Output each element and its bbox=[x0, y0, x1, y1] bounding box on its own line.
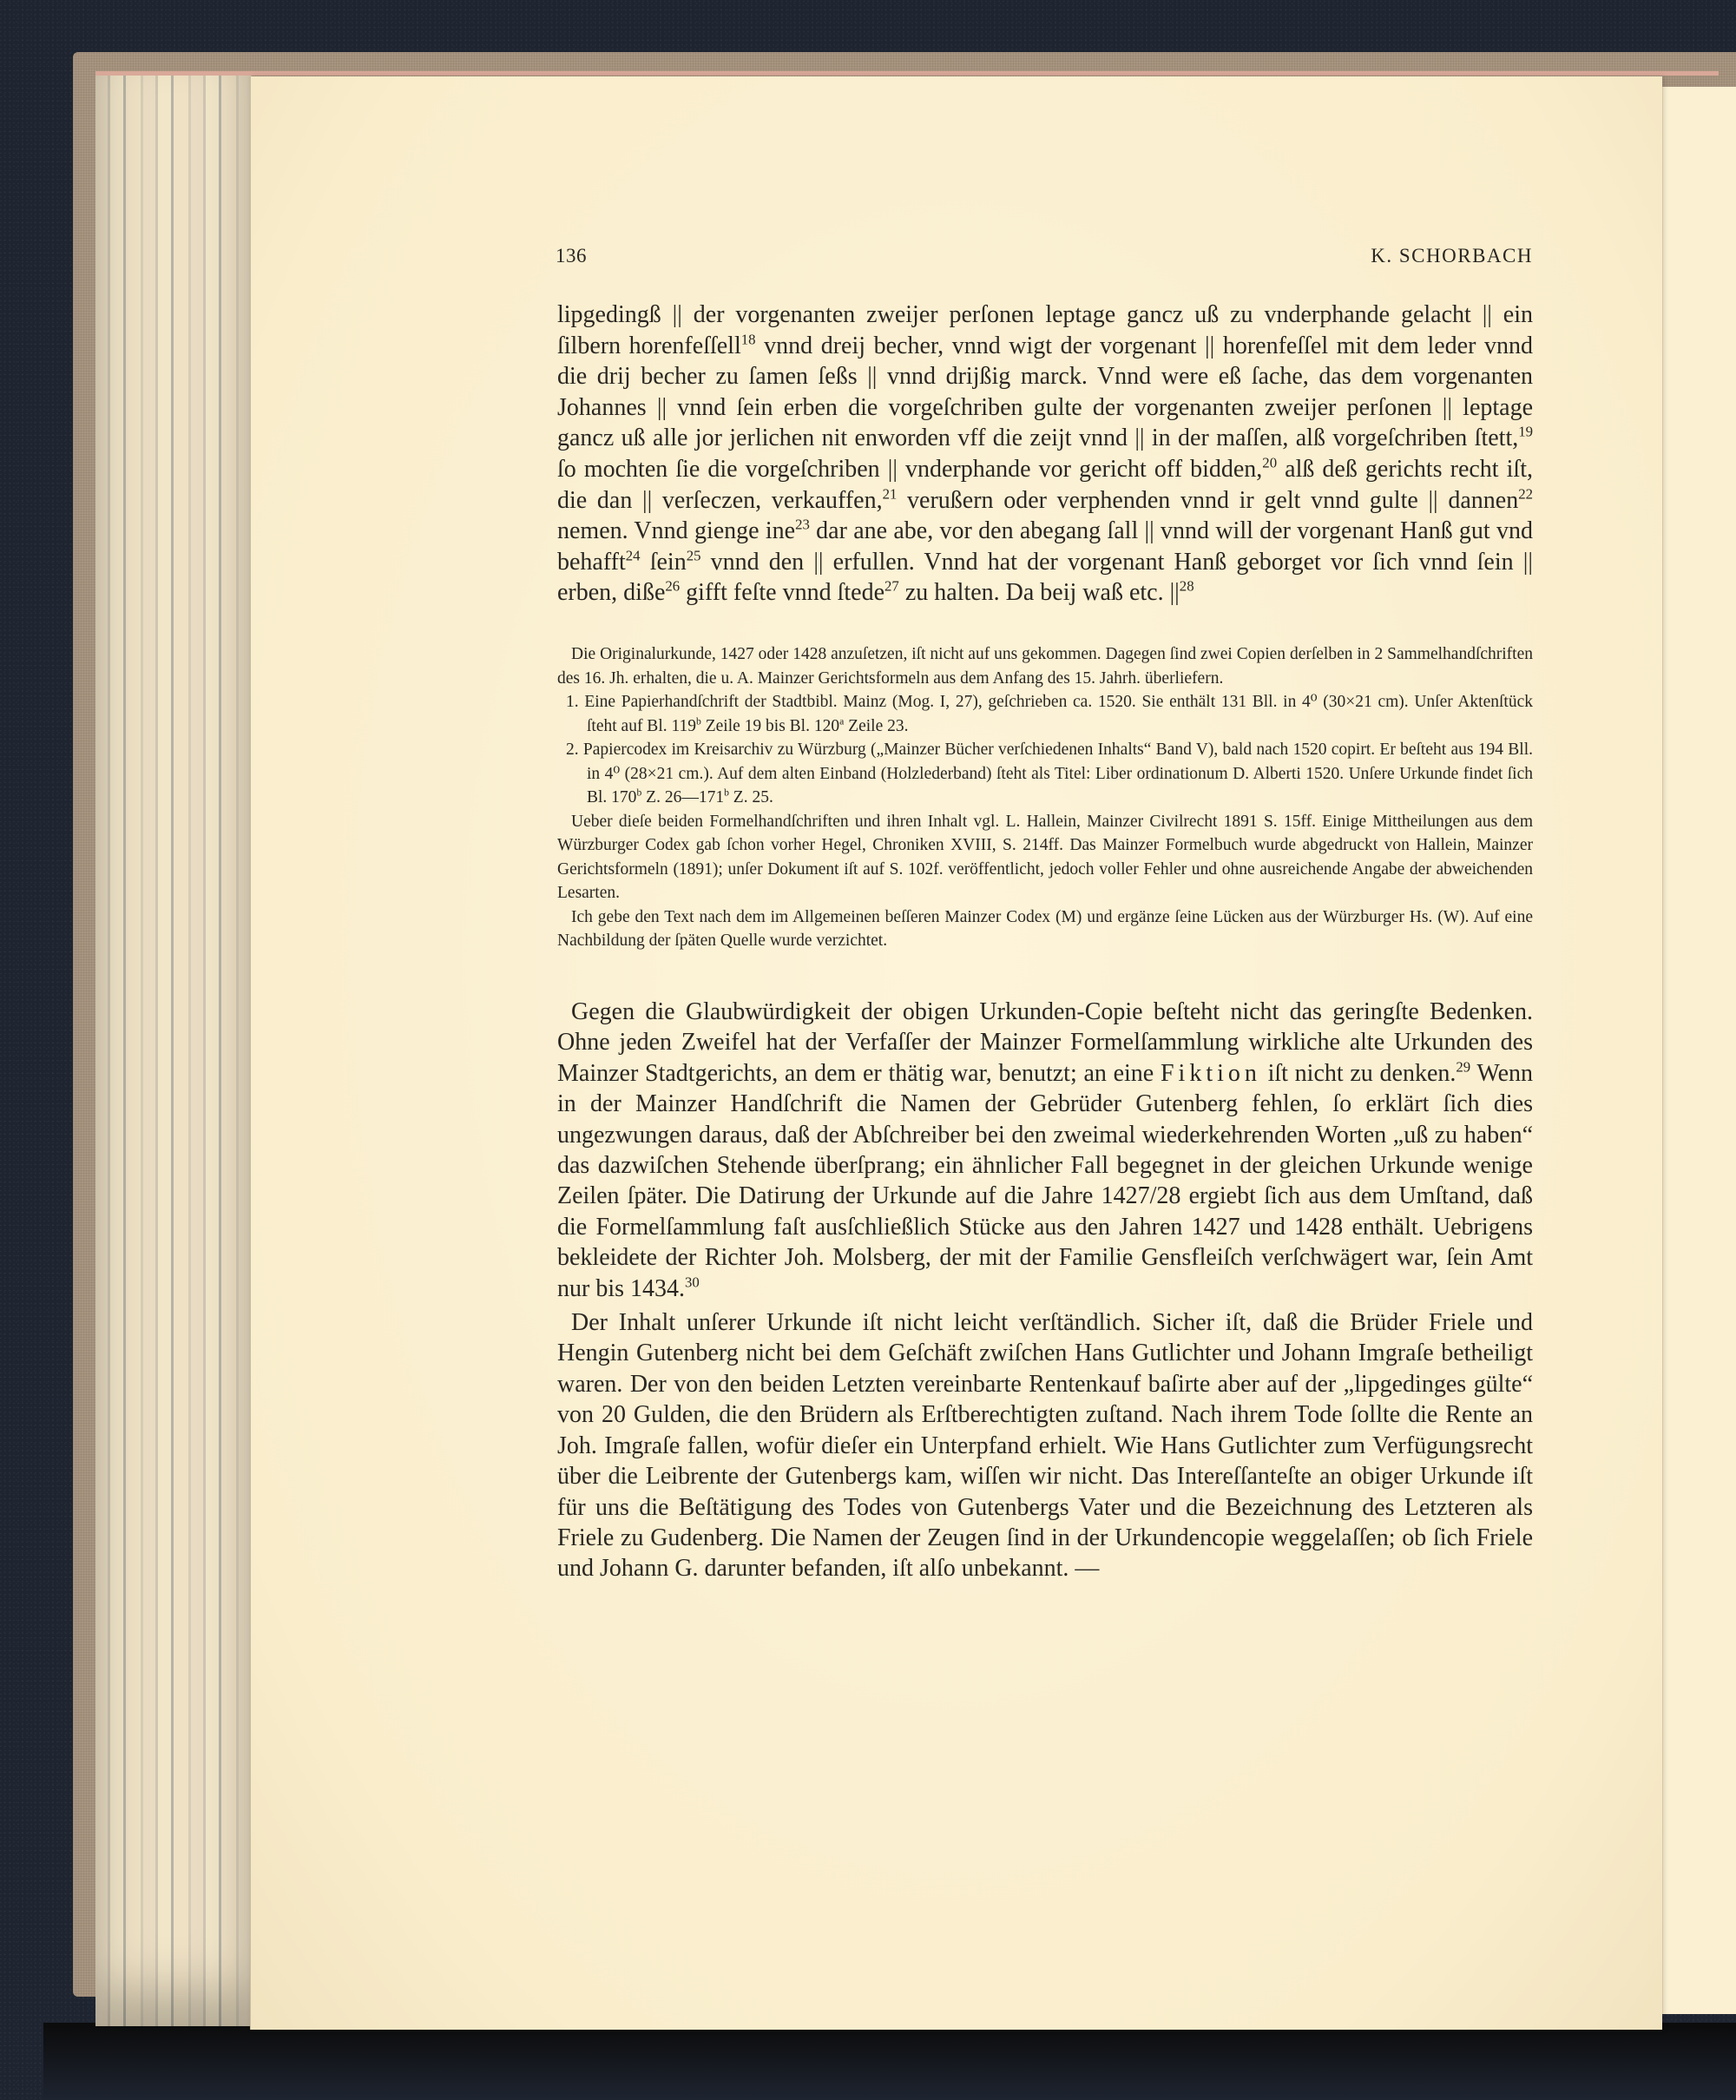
shadow bbox=[43, 2023, 1736, 2100]
transcription-paragraph: lipgedingß || der vorgenanten zweijer pe… bbox=[557, 300, 1533, 609]
body-paragraph: Gegen die Glaubwürdigkeit der obigen Urk… bbox=[557, 997, 1533, 1304]
emphasized-word: Fiktion bbox=[1161, 1060, 1261, 1087]
running-title: K. SCHORBACH bbox=[1371, 245, 1533, 267]
footnote-ref: 18 bbox=[741, 331, 756, 347]
footnote-ref: 19 bbox=[1518, 424, 1533, 440]
source-note-paragraph: Ueber dieſe beiden Formelhandſchriften u… bbox=[557, 810, 1533, 905]
footnote-ref: 20 bbox=[1262, 455, 1277, 471]
deckle-edge-page-stack bbox=[95, 73, 252, 2026]
source-note-paragraph: Ich gebe den Text nach dem im Allgemeine… bbox=[557, 905, 1533, 953]
facing-page-edge bbox=[1660, 87, 1736, 2014]
footnote-ref: 28 bbox=[1180, 578, 1194, 595]
document-transcription: lipgedingß || der vorgenanten zweijer pe… bbox=[557, 300, 1533, 609]
source-note: Die Originalurkunde, 1427 oder 1428 anzu… bbox=[557, 642, 1533, 953]
body-paragraph: Der Inhalt unſerer Urkunde iſt nicht lei… bbox=[557, 1307, 1533, 1584]
source-list-item-2: 2. Papiercodex im Kreisarchiv zu Würzbur… bbox=[557, 738, 1533, 810]
footnote-ref: 26 bbox=[665, 578, 680, 595]
page-number: 136 bbox=[556, 245, 587, 267]
footnote-ref: 21 bbox=[883, 485, 898, 502]
source-note-intro: Die Originalurkunde, 1427 oder 1428 anzu… bbox=[557, 642, 1533, 690]
footnote-ref: 24 bbox=[626, 547, 641, 563]
source-list-item-1: 1. Eine Papierhandſchrift der Stadtbibl.… bbox=[557, 690, 1533, 738]
footnote-ref: 30 bbox=[685, 1274, 700, 1290]
footnote-ref: 29 bbox=[1456, 1058, 1470, 1075]
footnote-ref: 27 bbox=[884, 578, 899, 595]
footnote-ref: 25 bbox=[687, 547, 701, 563]
footnote-ref: 22 bbox=[1518, 485, 1533, 502]
footnote-ref: 23 bbox=[795, 517, 810, 533]
body-text: Gegen die Glaubwürdigkeit der obigen Urk… bbox=[557, 997, 1533, 1584]
red-top-edge bbox=[95, 71, 1719, 76]
running-head: 136 K. SCHORBACH bbox=[557, 245, 1533, 271]
